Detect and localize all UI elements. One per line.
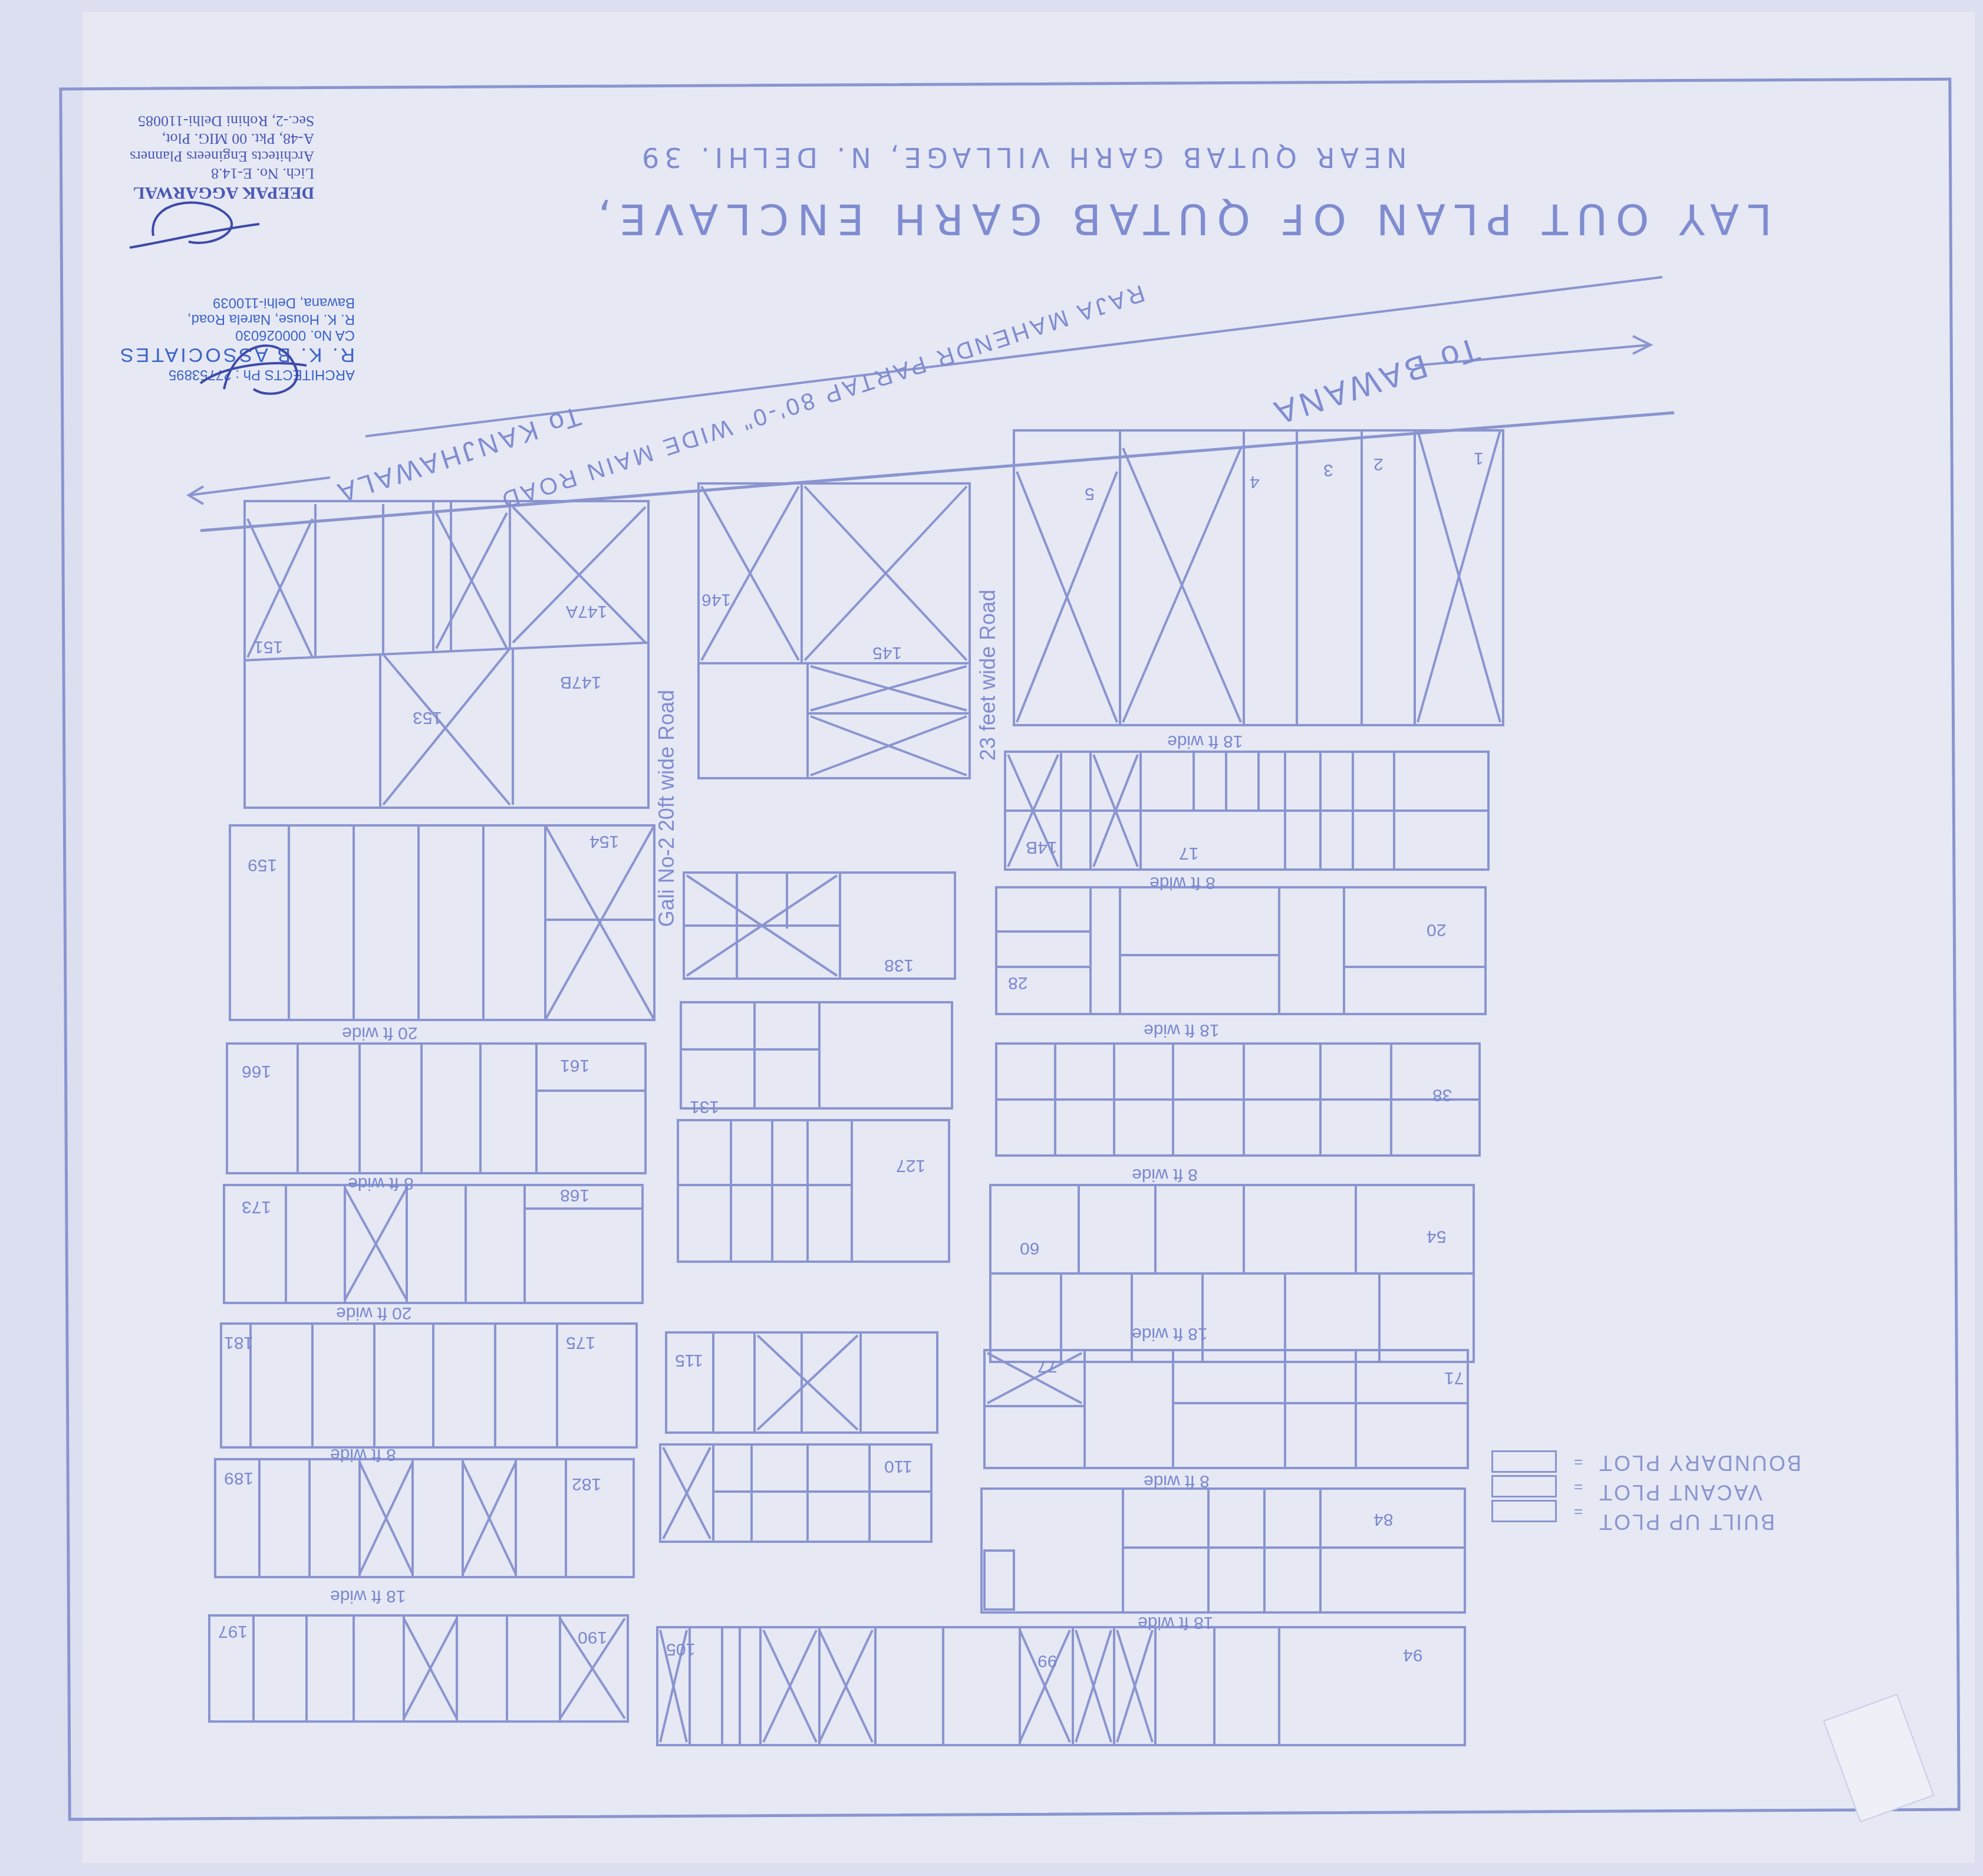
- plot-number: 138: [884, 955, 914, 975]
- plot-number: 28: [1008, 973, 1027, 993]
- plot-number: 17: [1179, 843, 1198, 863]
- stamp-1-line: Sec.-2, Rohini Delhi-110085: [130, 112, 314, 130]
- plot-number: 168: [560, 1185, 589, 1205]
- plot-number: 54: [1427, 1226, 1446, 1246]
- plot-number: 181: [224, 1332, 253, 1352]
- plot-number: 84: [1373, 1509, 1393, 1529]
- stamp-1-line: A-48, Pkt. 00 MIG. Plot,: [130, 130, 314, 147]
- plot-number: 4: [1250, 472, 1260, 492]
- road-width-label: 18 ft wide: [1144, 1020, 1219, 1040]
- plot-number: 105: [666, 1639, 696, 1659]
- plot-number: 5: [1085, 483, 1095, 503]
- plot-number: 2: [1373, 454, 1384, 474]
- legend-vacant-label: VACANT PLOT: [1597, 1480, 1763, 1505]
- plan-subtitle: NEAR QUTAB GARH VILLAGE, N. DELHI. 39: [637, 141, 1407, 173]
- road-width-label: 18 ft wide: [1167, 731, 1243, 751]
- plot-number: 60: [1020, 1238, 1039, 1258]
- plot-number: 173: [242, 1197, 271, 1217]
- legend-boundary-label: BOUNDARY PLOT: [1597, 1450, 1801, 1475]
- plot-number: 154: [589, 831, 619, 851]
- plot-number: 147A: [566, 601, 607, 621]
- plot-number: 145: [872, 643, 902, 663]
- plot-number: 127: [896, 1156, 925, 1176]
- stamp-1-line: Architects Engineers Planners: [130, 147, 314, 165]
- plot-number: 110: [884, 1456, 913, 1476]
- plot-number: 197: [218, 1621, 248, 1641]
- legend-boundary-symbol: [1491, 1500, 1557, 1522]
- road-width-label: 18 ft wide: [330, 1586, 406, 1606]
- plot-number: 175: [566, 1332, 595, 1352]
- plot-number: 166: [242, 1061, 271, 1081]
- plot-number: 161: [560, 1055, 589, 1075]
- plot-number: 151: [253, 637, 283, 657]
- road-width-label: 8 ft wide: [1144, 1471, 1210, 1491]
- plot-number: 38: [1432, 1085, 1452, 1105]
- legend-built-up-symbol: [1491, 1450, 1557, 1473]
- plot-number: 3: [1323, 460, 1333, 480]
- road-width-label: 18 ft wide: [1138, 1612, 1213, 1633]
- road-width-label: 20 ft wide: [336, 1303, 411, 1323]
- road-width-label: 18 ft wide: [1132, 1324, 1207, 1344]
- plot-number: 153: [413, 707, 442, 728]
- plot-number: 71: [1444, 1368, 1464, 1388]
- plot-number: 147B: [560, 672, 601, 692]
- stamp-1-line: Lich. No. E-14.8: [130, 165, 314, 183]
- plot-number: 131: [690, 1097, 719, 1117]
- legend-vacant-symbol: [1491, 1475, 1557, 1497]
- plot-number: 77: [1037, 1356, 1057, 1376]
- plan-title: LAY OUT PLAN OF QUTAB GARH ENCLAVE,: [589, 195, 1772, 244]
- plot-number: 190: [578, 1627, 607, 1647]
- plot-number: 115: [675, 1350, 703, 1370]
- plot-number: 20: [1427, 920, 1446, 940]
- road-gali2-label: Gali No-2 20ft wide Road: [654, 690, 679, 927]
- plot-number: 159: [248, 855, 277, 875]
- plot-number: 14B: [1026, 837, 1057, 857]
- road-width-label: 8 ft wide: [1132, 1164, 1198, 1184]
- plot-number: 99: [1037, 1651, 1057, 1671]
- plot-number: 94: [1403, 1645, 1422, 1665]
- road-width-label: 20 ft wide: [342, 1023, 417, 1043]
- road-width-label: 8 ft wide: [330, 1444, 396, 1464]
- signatures: [118, 189, 365, 413]
- plot-number: 1: [1474, 448, 1484, 468]
- plot-number: 146: [701, 590, 731, 610]
- road-width-label: 8 ft wide: [1149, 873, 1216, 893]
- road-23ft-label: 23 feet wide Road: [976, 590, 1000, 761]
- road-width-label: 8 ft wide: [348, 1173, 414, 1193]
- plot-number: 182: [572, 1474, 601, 1494]
- legend-built-up-label: BUILT UP PLOT: [1597, 1509, 1775, 1534]
- plot-number: 189: [224, 1468, 253, 1488]
